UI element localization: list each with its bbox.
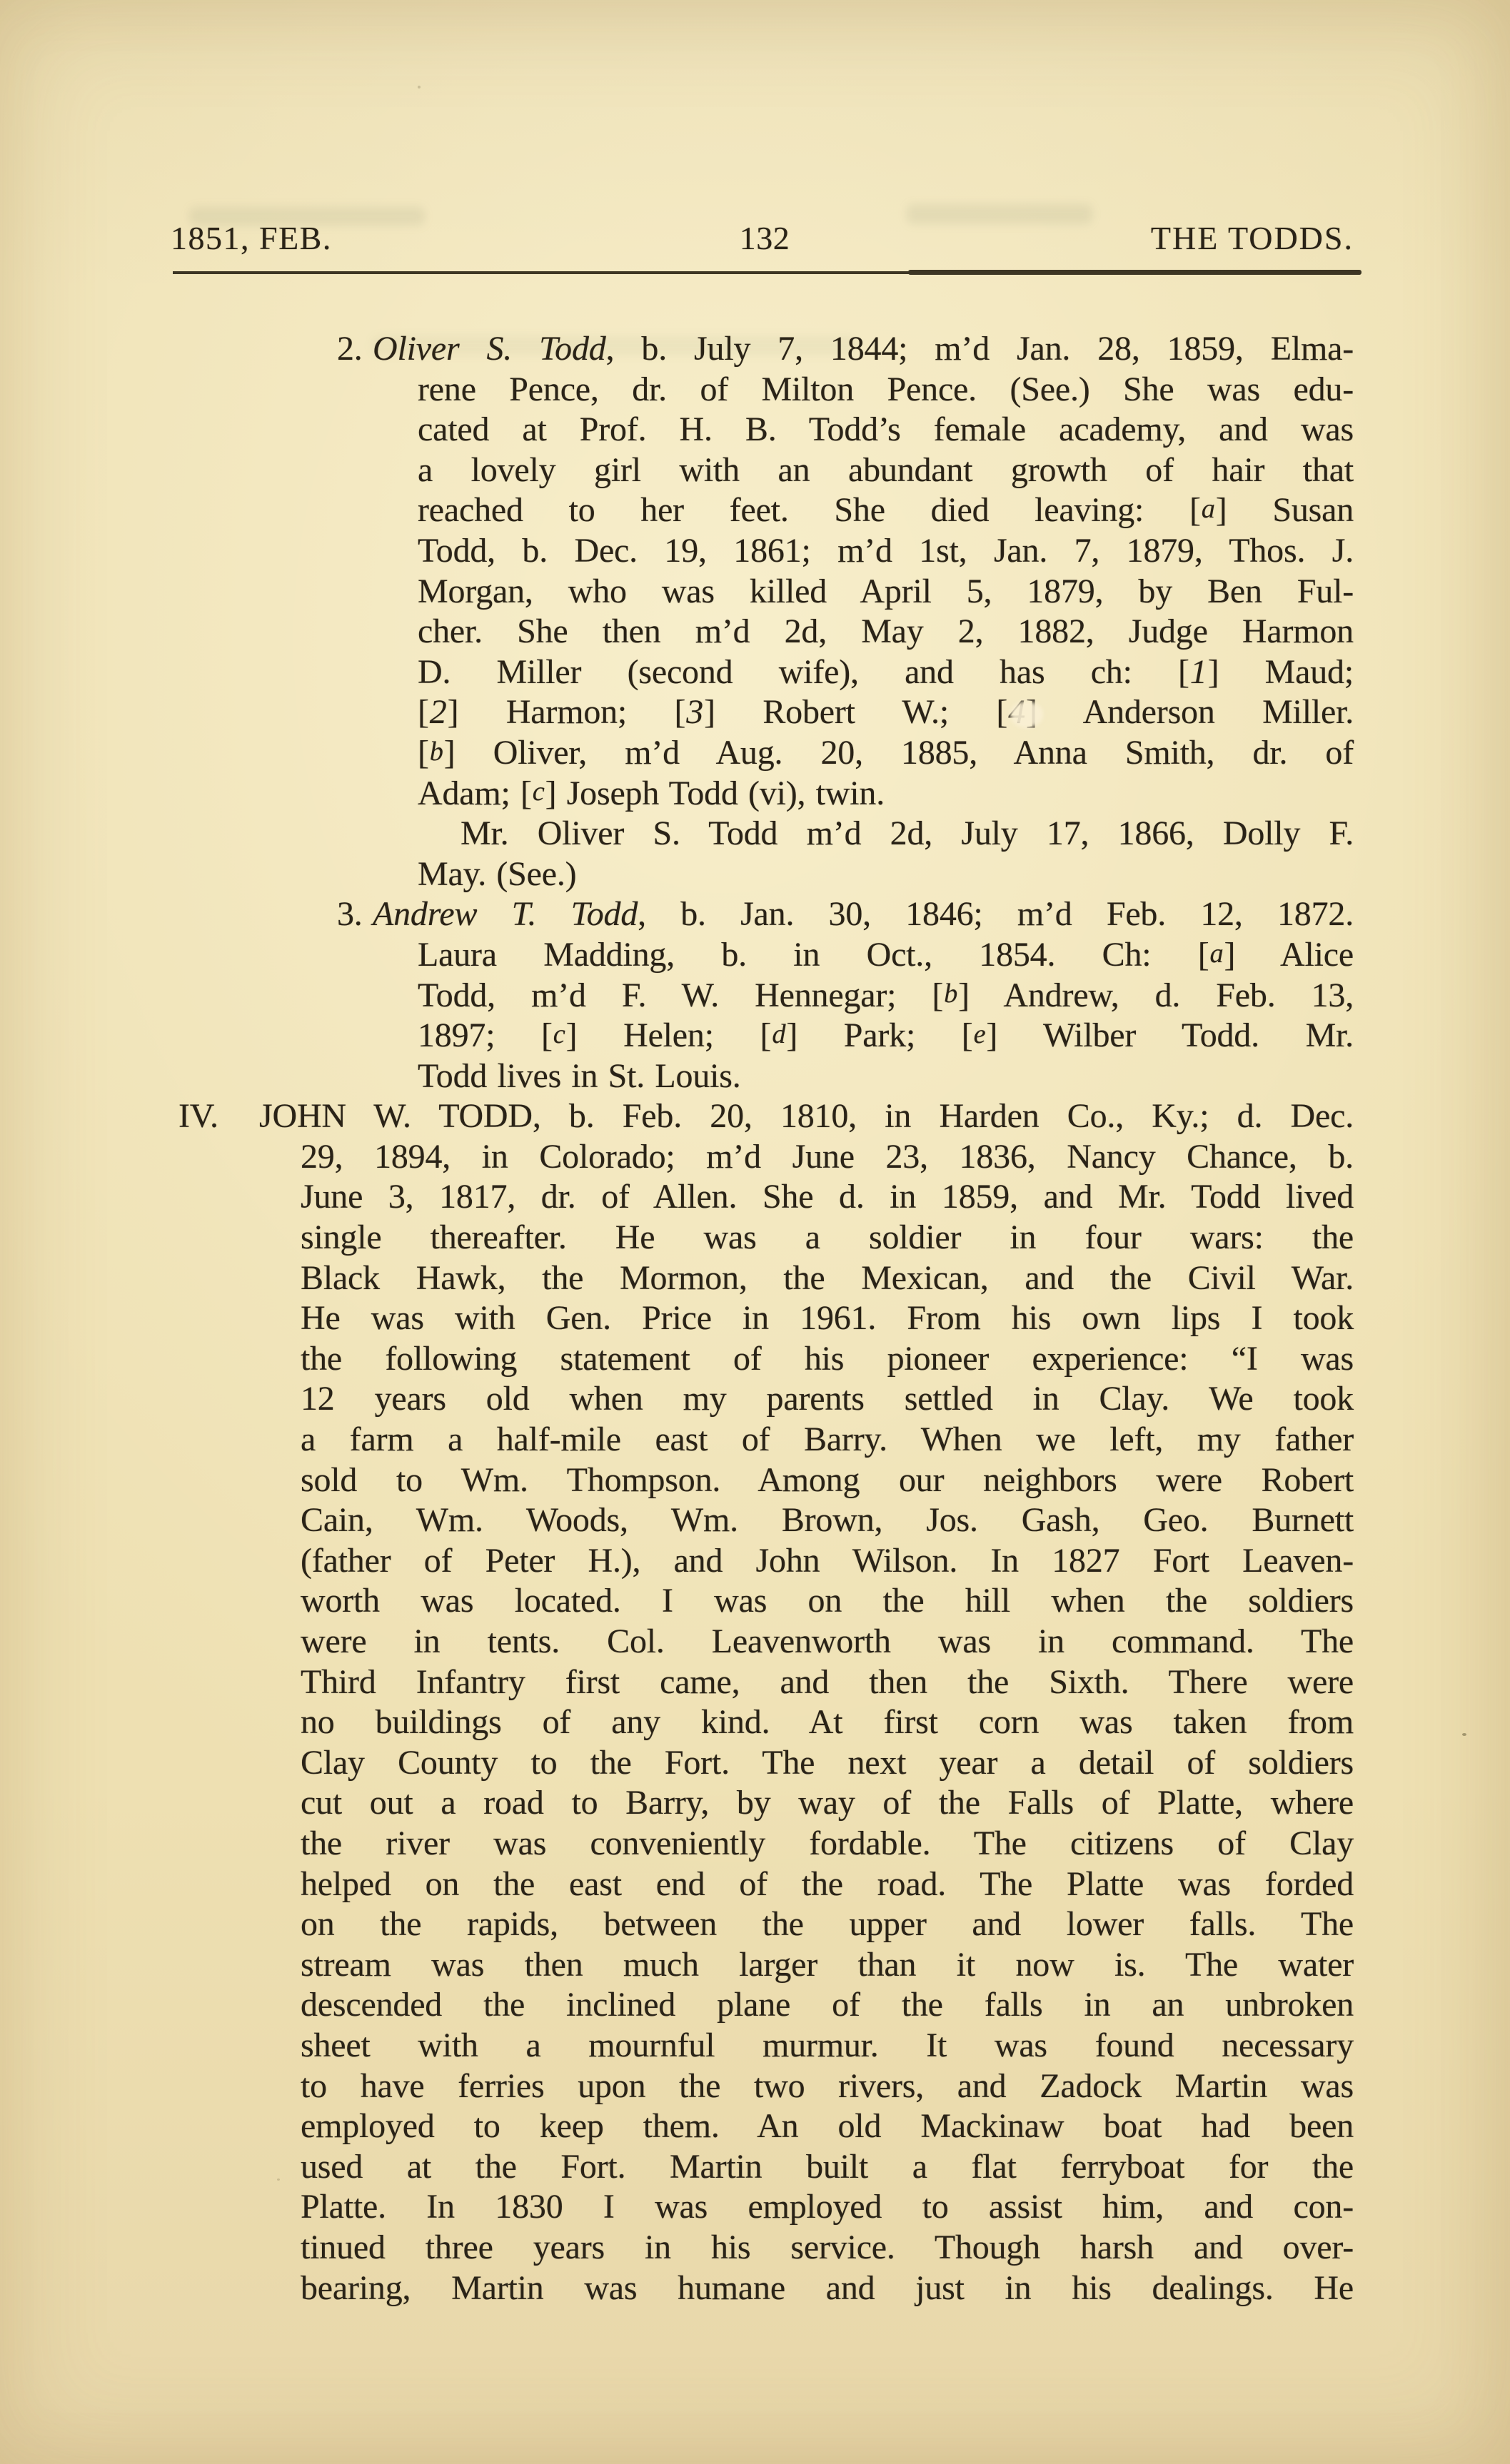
page-number: 132	[740, 222, 790, 255]
text-line: a farm a half-mile east of Barry. When w…	[0, 1420, 1510, 1460]
child-index-label: b	[943, 979, 958, 1009]
person-name-italic: Andrew T. Todd	[373, 895, 638, 933]
text-line: 3.Andrew T. Todd, b. Jan. 30, 1846; m’d …	[0, 894, 1510, 935]
text-line: [2] Harmon; [3] Robert W.; [4] Anderson …	[0, 692, 1510, 733]
header-rule	[173, 271, 1359, 274]
child-index-label: c	[532, 777, 545, 807]
text-line: rene Pence, dr. of Milton Pence. (See.) …	[0, 370, 1510, 410]
child-index-label: b	[429, 737, 444, 767]
text-line: cut out a road to Barry, by way of the F…	[0, 1783, 1510, 1824]
text-line: helped on the east end of the road. The …	[0, 1864, 1510, 1905]
child-index-label: 1	[1189, 653, 1208, 691]
entry-number: 2.	[337, 329, 373, 370]
text-line: Third Infantry first came, and then the …	[0, 1662, 1510, 1703]
text-line: stream was then much larger than it now …	[0, 1945, 1510, 1986]
text-line: sheet with a mournful murmur. It was fou…	[0, 2026, 1510, 2066]
text-line: Todd, b. Dec. 19, 1861; m’d 1st, Jan. 7,…	[0, 531, 1510, 572]
text-line: used at the Fort. Martin built a flat fe…	[0, 2147, 1510, 2188]
text-line: Platte. In 1830 I was employed to assist…	[0, 2187, 1510, 2228]
text-line: [b] Oliver, m’d Aug. 20, 1885, Anna Smit…	[0, 733, 1510, 774]
paper-speck	[1462, 1733, 1466, 1736]
text-line: on the rapids, between the upper and low…	[0, 1904, 1510, 1945]
text-line: Todd, m’d F. W. Hennegar; [b] Andrew, d.…	[0, 976, 1510, 1016]
text-line: were in tents. Col. Leavenworth was in c…	[0, 1622, 1510, 1662]
text-line: IV.JOHN W. TODD, b. Feb. 20, 1810, in Ha…	[0, 1096, 1510, 1137]
header-date: 1851, FEB.	[171, 222, 332, 255]
header-rule-thick-segment	[908, 270, 1361, 275]
page-text: 2.Oliver S. Todd, b. July 7, 1844; m’d J…	[0, 329, 1510, 2308]
text-line: single thereafter. He was a soldier in f…	[0, 1218, 1510, 1258]
text-line: employed to keep them. An old Mackinaw b…	[0, 2106, 1510, 2147]
text-line: 2.Oliver S. Todd, b. July 7, 1844; m’d J…	[0, 329, 1510, 370]
text-line: (father of Peter H.), and John Wilson. I…	[0, 1541, 1510, 1582]
text-line: descended the inclined plane of the fall…	[0, 1985, 1510, 2026]
entry-number: IV.	[178, 1096, 259, 1137]
child-index-label: a	[1209, 939, 1224, 969]
text-line: cher. She then m’d 2d, May 2, 1882, Judg…	[0, 612, 1510, 652]
text-line: tinued three years in his service. Thoug…	[0, 2228, 1510, 2268]
entry-number: 3.	[337, 894, 373, 935]
text-line: Clay County to the Fort. The next year a…	[0, 1743, 1510, 1784]
text-line: D. Miller (second wife), and has ch: [1]…	[0, 652, 1510, 693]
text-line: He was with Gen. Price in 1961. From his…	[0, 1298, 1510, 1339]
text-line: May. (See.)	[0, 854, 1510, 895]
text-line: the river was conveniently fordable. The…	[0, 1824, 1510, 1864]
text-line: bearing, Martin was humane and just in h…	[0, 2268, 1510, 2309]
book-page: 1851, FEB. 132 THE TODDS. 2.Oliver S. To…	[0, 0, 1510, 2464]
text-line: sold to Wm. Thompson. Among our neighbor…	[0, 1460, 1510, 1501]
text-line: 1897; [c] Helen; [d] Park; [e] Wilber To…	[0, 1016, 1510, 1056]
text-line: Todd lives in St. Louis.	[0, 1056, 1510, 1097]
child-index-label: a	[1201, 494, 1216, 524]
child-index-label: 2	[429, 693, 448, 731]
text-line: 12 years old when my parents settled in …	[0, 1379, 1510, 1420]
text-line: Morgan, who was killed April 5, 1879, by…	[0, 572, 1510, 612]
text-line: Cain, Wm. Woods, Wm. Brown, Jos. Gash, G…	[0, 1500, 1510, 1541]
text-line: a lovely girl with an abundant growth of…	[0, 450, 1510, 491]
child-index-label: e	[973, 1019, 987, 1049]
text-line: Adam; [c] Joseph Todd (vi), twin.	[0, 774, 1510, 814]
header-title: THE TODDS.	[1151, 222, 1354, 255]
text-line: worth was located. I was on the hill whe…	[0, 1581, 1510, 1622]
show-through-mark	[907, 204, 1092, 224]
text-line: to have ferries upon the two rivers, and…	[0, 2066, 1510, 2107]
paper-speck	[277, 2178, 280, 2181]
child-index-label: 3	[685, 693, 704, 731]
text-line: Mr. Oliver S. Todd m’d 2d, July 17, 1866…	[0, 814, 1510, 854]
paper-blemish	[1010, 701, 1043, 728]
text-line: no buildings of any kind. At first corn …	[0, 1702, 1510, 1743]
text-line: the following statement of his pioneer e…	[0, 1339, 1510, 1380]
child-index-label: c	[553, 1019, 566, 1049]
text-line: Laura Madding, b. in Oct., 1854. Ch: [a]…	[0, 935, 1510, 976]
text-line: June 3, 1817, dr. of Allen. She d. in 18…	[0, 1177, 1510, 1218]
text-line: cated at Prof. H. B. Todd’s female acade…	[0, 410, 1510, 450]
child-index-label: d	[771, 1019, 786, 1049]
person-name-italic: Oliver S. Todd	[373, 330, 606, 368]
text-line: reached to her feet. She died leaving: […	[0, 490, 1510, 531]
text-line: Black Hawk, the Mormon, the Mexican, and…	[0, 1258, 1510, 1299]
paper-speck	[418, 86, 421, 89]
text-line: 29, 1894, in Colorado; m’d June 23, 1836…	[0, 1137, 1510, 1178]
